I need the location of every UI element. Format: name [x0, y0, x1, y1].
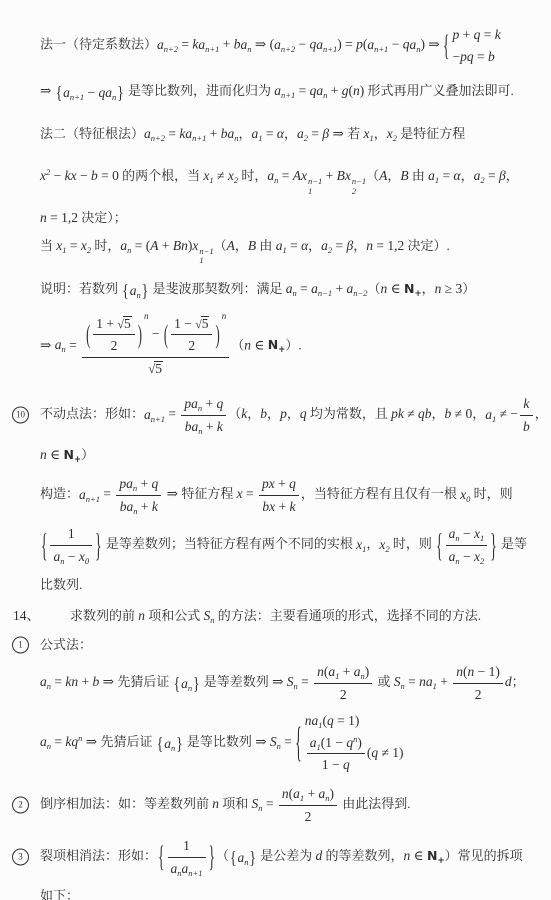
math-var: N+ [427, 848, 445, 863]
math-var: x1 [56, 238, 66, 253]
math-upright: + [138, 499, 152, 514]
math-upright: ⇒ ( [252, 37, 275, 52]
numerator: k [520, 394, 533, 416]
math-upright: ⇒ [99, 674, 117, 689]
math-upright: ) = [337, 37, 356, 52]
formula-line: {1an − x0} 是等差数列；当特征方程有两个不同的实根 x1，x2 时，则… [0, 524, 537, 566]
text-run: 时， [238, 168, 267, 183]
math-upright: ⇒ [40, 83, 55, 98]
math-upright: ∈ [251, 337, 268, 352]
math-var: a1 [328, 664, 339, 679]
denominator: √5 [82, 358, 229, 379]
math-var: an [449, 526, 460, 541]
text-run: 由 [409, 168, 429, 183]
math-var: n [40, 447, 47, 462]
text-run: 的等差数列， [322, 848, 403, 863]
math-var: Sn [270, 734, 281, 749]
math-upright: = [263, 796, 277, 811]
numerator: pan + q [116, 474, 161, 496]
math-upright: − [50, 168, 64, 183]
circled-number-marker: 3 [12, 849, 29, 866]
math-var: x0 [79, 549, 89, 564]
fenced-group: {an+1 − qan} [55, 82, 125, 103]
math-upright: ) [365, 664, 370, 679]
math-upright: ≠ [404, 407, 418, 422]
math-var: A [150, 238, 158, 253]
denominator: ban + k [181, 416, 226, 437]
text-run: 先猜后证 [100, 734, 155, 749]
text-run: 是等比数列 [184, 734, 256, 749]
math-upright: + [327, 83, 341, 98]
math-upright: = [67, 238, 81, 253]
formula-line: 3裂项相消法：形如：{1anan+1}（{an} 是公差为 d 的等差数列，n … [0, 836, 537, 878]
math-var: an [286, 281, 297, 296]
sub-sup-stack: n−11 [308, 177, 322, 196]
fraction: 1an − x0 [50, 524, 92, 566]
math-upright: + [159, 238, 173, 253]
fenced-group: (1 + √52)n [85, 314, 148, 356]
math-var: an+1 [198, 37, 219, 52]
math-upright: = [480, 27, 494, 42]
math-upright: 2 [340, 687, 347, 702]
text-run: ， [535, 407, 548, 422]
close-delimiter: } [141, 278, 149, 303]
text-run: 公式法： [40, 637, 92, 652]
math-upright: ≠ [214, 168, 228, 183]
math-var: g [342, 83, 349, 98]
math-upright: ⇒ [329, 126, 347, 141]
text-run: 由 [256, 238, 276, 253]
math-var: a2 [321, 238, 332, 253]
close-delimiter: } [94, 522, 102, 569]
math-upright: = [178, 37, 192, 52]
numerator: 1 − √5 [171, 314, 212, 336]
formula-line: ⇒ {an+1 − qan} 是等比数列，进而化归为 an+1 = qan + … [0, 81, 537, 102]
text-run: ， [284, 126, 297, 141]
math-var: an [191, 396, 202, 411]
text-run: 比数列. [40, 577, 82, 592]
math-var: an [55, 337, 66, 352]
text-run: 先猜后证 [117, 674, 172, 689]
math-upright: = [297, 281, 311, 296]
math-var: a1 [311, 713, 322, 728]
math-upright: = 1,2 [47, 210, 78, 225]
fraction: n(a1 + an)2 [314, 662, 372, 704]
fenced-group: {an} [229, 847, 257, 868]
math-var: Sn [394, 674, 405, 689]
cases-brace: { [295, 713, 301, 774]
group-exponent: n [144, 311, 149, 321]
open-delimiter: { [157, 836, 165, 879]
math-upright: + [304, 786, 318, 801]
item-number-marker: 14、 [13, 607, 40, 627]
math-upright: = [165, 126, 179, 141]
math-var: an [40, 674, 51, 689]
math-upright: − [460, 549, 474, 564]
math-var: an+1 [63, 85, 84, 100]
text-run: ， [461, 168, 474, 183]
fraction: kb [520, 394, 533, 436]
fraction: an − x1an − x2 [446, 524, 488, 566]
math-var: an+1 [316, 37, 337, 52]
math-var: N+ [268, 337, 286, 352]
text-run: 的两个根，当 [119, 168, 204, 183]
math-upright: 2 [111, 338, 118, 353]
math-upright: 2 [188, 338, 195, 353]
math-upright: = [243, 487, 257, 502]
math-upright: − [148, 326, 162, 341]
formula-line: n = 1,2 决定）； [0, 208, 537, 228]
text-run: ； [512, 674, 525, 689]
denominator: b [520, 416, 533, 437]
math-upright: = [295, 83, 309, 98]
fraction: n(a1 + an)2 [279, 784, 337, 826]
text-run: ， [267, 407, 280, 422]
open-delimiter: ( [85, 315, 91, 354]
denominator: anan+1 [168, 858, 206, 879]
text-run: ）. [285, 337, 301, 352]
text-run: ， [353, 238, 366, 253]
close-delimiter: } [489, 522, 497, 569]
cases-row: p + q = k [452, 24, 500, 46]
fraction: n(n − 1)2 [453, 662, 503, 704]
math-var: a2 [474, 168, 485, 183]
numerator: an − x1 [446, 524, 488, 546]
math-upright: + [322, 168, 336, 183]
text-run: 由此法得到. [339, 796, 411, 811]
fraction: 1anan+1 [168, 836, 206, 878]
math-var: k [289, 499, 295, 514]
math-var: an+1 [367, 37, 388, 52]
text-run: ， [472, 407, 485, 422]
numerator: 1 + √5 [93, 314, 134, 336]
math-upright: 2 [475, 687, 482, 702]
numerator: a1(1 − qn) [307, 733, 365, 755]
fraction: pan + qban + k [116, 474, 161, 516]
text-run: 若 [347, 126, 363, 141]
math-var: a1 [293, 786, 304, 801]
math-upright: = 0 [98, 168, 119, 183]
math-upright: 1 [183, 838, 190, 853]
math-var: b [234, 37, 241, 52]
math-upright: = [439, 168, 453, 183]
text-run: ，当特征方程有且仅有一根 [301, 487, 460, 502]
math-var: an+2 [274, 37, 295, 52]
math-var: an+1 [79, 487, 100, 502]
math-var: an [53, 549, 64, 564]
fenced-group: {an} [156, 733, 184, 754]
formula-line: 构造：an+1 = pan + qban + k ⇒ 特征方程 x = px +… [0, 474, 537, 516]
math-upright: = [298, 674, 312, 689]
math-upright: ⇒ [272, 674, 287, 689]
circled-number-marker: 1 [12, 637, 29, 654]
math-var: α [277, 126, 284, 141]
math-var: an [241, 37, 252, 52]
math-var: an−2 [347, 281, 368, 296]
math-var: xn−11 [192, 238, 213, 253]
text-run: 或 [374, 674, 394, 689]
math-var: x2 [40, 168, 50, 183]
math-var: an−1 [311, 281, 332, 296]
denominator: 2 [171, 335, 212, 356]
math-upright: = [51, 674, 65, 689]
text-run: 决定）. [404, 238, 450, 253]
math-var: an [181, 676, 192, 691]
square-root: √5 [195, 316, 209, 331]
math-var: an [126, 476, 137, 491]
math-var: b [425, 407, 432, 422]
math-var: an+1 [274, 83, 295, 98]
math-var: an [40, 734, 51, 749]
math-upright: ⇒ [255, 734, 270, 749]
numerator: 1 [168, 836, 206, 858]
text-run: 求数列的前 [70, 608, 138, 623]
math-var: p [356, 37, 363, 52]
math-var: a1 [252, 126, 263, 141]
denominator: an − x0 [50, 546, 92, 567]
fenced-group: {an − x1an − x2} [435, 524, 498, 566]
math-var: an [164, 736, 175, 751]
math-var: q [467, 49, 474, 64]
math-var: x1 [203, 168, 213, 183]
math-var: N+ [404, 281, 422, 296]
math-var: a1 [310, 735, 321, 750]
text-run: 是等比数列，进而化归为 [125, 83, 275, 98]
math-notes-content: 法一（待定系数法）an+2 = kan+1 + ban ⇒ (an+2 − qa… [0, 24, 537, 900]
open-delimiter: { [55, 80, 63, 105]
math-var: k [523, 396, 529, 411]
math-upright: = [100, 487, 114, 502]
math-upright: (1 − [321, 735, 347, 750]
math-upright: = [263, 126, 277, 141]
formula-line: 2倒序相加法：如：等差数列前 n 项和 Sn = n(a1 + an)2 由此法… [0, 784, 537, 826]
math-var: a1 [276, 238, 287, 253]
math-var: an [267, 168, 278, 183]
math-var: x1 [363, 126, 373, 141]
math-upright: ∈ [47, 447, 64, 462]
fenced-group: {1anan+1} [157, 836, 216, 878]
math-upright: ⇒ [40, 337, 55, 352]
math-var: q [327, 713, 334, 728]
formula-line: 法一（待定系数法）an+2 = kan+1 + ban ⇒ (an+2 − qa… [0, 24, 537, 67]
math-upright: + [459, 27, 473, 42]
math-upright: = [278, 168, 292, 183]
math-upright: + [275, 499, 289, 514]
text-run: ， [239, 126, 252, 141]
close-delimiter: } [248, 845, 256, 870]
math-var: an [105, 85, 116, 100]
math-upright: = [405, 674, 419, 689]
numerator: (1 + √52)n − (1 − √52)n [82, 314, 229, 358]
text-run: 构造： [40, 487, 79, 502]
denominator: 1 − q [307, 754, 365, 775]
math-var: n [181, 238, 188, 253]
math-upright: ) [330, 786, 335, 801]
text-run: 法一（待定系数法） [40, 37, 157, 52]
math-upright: = [308, 126, 322, 141]
math-var: b [120, 499, 127, 514]
math-upright: ≠ 1) [378, 745, 403, 760]
math-var: n [244, 337, 251, 352]
math-var: an [316, 83, 327, 98]
math-var: q [343, 757, 350, 772]
text-run: 是等差数列；当特征方程有两个不同的实根 [103, 537, 357, 552]
math-var: p [280, 407, 287, 422]
numerator: 1 [50, 524, 92, 546]
math-upright: 1 + [96, 316, 117, 331]
open-delimiter: { [229, 845, 237, 870]
math-upright: 1 [68, 526, 75, 541]
denominator: 2 [279, 806, 337, 827]
text-run: 是特征方程 [397, 126, 465, 141]
math-upright: + [219, 37, 233, 52]
math-var: an [409, 37, 420, 52]
denominator: 2 [314, 684, 372, 705]
fraction: pan + qban + k [181, 394, 226, 436]
math-var: x2 [379, 537, 389, 552]
math-var: an [130, 283, 141, 298]
open-delimiter: { [156, 731, 164, 756]
math-var: an+1 [182, 861, 203, 876]
math-var: x1 [356, 537, 366, 552]
text-run: 是斐波那契数列：满足 [149, 281, 286, 296]
close-delimiter: } [175, 731, 183, 756]
math-var: an [127, 499, 138, 514]
formula-line: an = kn + b ⇒ 先猜后证 {an} 是等差数列 ⇒ Sn = n(a… [0, 662, 537, 704]
fraction: (1 + √52)n − (1 − √52)n√5 [82, 314, 229, 379]
math-var: x2 [387, 126, 397, 141]
text-run: 特征方程 [181, 487, 236, 502]
math-upright: + [203, 419, 217, 434]
math-var: p [460, 49, 467, 64]
math-upright: − [452, 49, 460, 64]
math-var: xn−12 [345, 168, 366, 183]
text-run: 时，则 [390, 537, 436, 552]
close-delimiter: ) [137, 315, 143, 354]
math-var: n [40, 210, 47, 225]
numerator: pan + q [181, 394, 226, 416]
math-upright: 5 [155, 361, 162, 376]
math-upright: + [339, 664, 353, 679]
fenced-group: {an} [173, 673, 201, 694]
math-var: n [138, 608, 145, 623]
math-var: q [300, 407, 307, 422]
math-upright: − [64, 549, 78, 564]
math-var: d [505, 674, 512, 689]
fraction: a1(1 − qn)1 − q [307, 733, 365, 775]
math-upright: = [165, 407, 179, 422]
text-run: （ [228, 407, 241, 422]
math-upright: − 1) [474, 664, 500, 679]
math-upright: − [460, 526, 474, 541]
math-var: a1 [485, 407, 496, 422]
math-var: n [317, 664, 324, 679]
text-run: ， [366, 537, 379, 552]
cases-group: {p + q = k−pq = b [443, 24, 501, 67]
math-var: B [248, 238, 256, 253]
denominator: bx + k [259, 496, 299, 517]
math-var: an [354, 664, 365, 679]
math-upright: = [66, 337, 80, 352]
math-var: B [337, 168, 345, 183]
numerator: n(n − 1) [453, 662, 503, 684]
cases-group: {na1(q = 1)a1(1 − qn)1 − q(q ≠ 1) [295, 710, 403, 776]
formula-line: ⇒ an = (1 + √52)n − (1 − √52)n√5（n ∈ N+）… [0, 314, 537, 379]
square-root: √5 [148, 361, 163, 376]
text-run: ） [462, 281, 475, 296]
math-upright: 1 − [322, 757, 343, 772]
close-delimiter: } [192, 671, 200, 696]
math-var: an [171, 861, 182, 876]
open-delimiter: { [121, 278, 129, 303]
math-upright: 5 [202, 316, 209, 331]
text-run: （ [231, 337, 244, 352]
radical-sign: √ [195, 317, 201, 331]
open-delimiter: { [173, 671, 181, 696]
formula-line: 14、求数列的前 n 项和公式 Sn 的方法：主要看通项的形式，选择不同的方法. [0, 606, 537, 626]
math-var: q [217, 396, 224, 411]
text-run: （ [368, 281, 381, 296]
fraction: 1 + √52 [93, 314, 134, 356]
math-var: n [212, 796, 219, 811]
math-var: b [91, 168, 98, 183]
math-var: an [228, 126, 239, 141]
math-var: q [152, 476, 159, 491]
math-var: an [237, 850, 248, 865]
formula-line: an = kqn ⇒ 先猜后证 {an} 是等比数列 ⇒ Sn = {na1(q… [0, 710, 537, 776]
math-var: a1 [426, 674, 437, 689]
math-var: x2 [474, 549, 484, 564]
text-run: ， [422, 281, 435, 296]
text-run: ， [287, 407, 300, 422]
math-var: β [499, 168, 506, 183]
math-var: b [221, 126, 228, 141]
math-var: q [418, 407, 425, 422]
math-var: n [456, 664, 463, 679]
math-var: Sn [252, 796, 263, 811]
fenced-group: {1an − x0} [40, 524, 103, 566]
text-run: 均为常数，且 [307, 407, 392, 422]
math-var: an+2 [157, 37, 178, 52]
math-upright: = [281, 734, 295, 749]
math-var: a2 [297, 126, 308, 141]
math-var: α [454, 168, 461, 183]
text-run: 项和公式 [145, 608, 204, 623]
math-var: an+2 [144, 126, 165, 141]
cases-row: −pq = b [452, 46, 500, 68]
numerator: n(a1 + an) [314, 662, 372, 684]
math-var: an+1 [144, 407, 165, 422]
sub-sup-stack: n−12 [352, 177, 366, 196]
math-upright: = [287, 238, 301, 253]
text-run: 形式再用广义叠加法即可. [364, 83, 514, 98]
math-var: qn [346, 735, 357, 750]
math-upright: − [388, 37, 402, 52]
text-run: 时，则 [470, 487, 512, 502]
math-upright: ≠ − [496, 407, 518, 422]
circled-number-marker: 10 [12, 407, 29, 424]
math-var: Sn [204, 608, 215, 623]
text-run: 项和 [219, 796, 252, 811]
math-upright: = [332, 238, 346, 253]
math-var: n [353, 83, 360, 98]
text-run: ， [247, 407, 260, 422]
text-run: ， [387, 168, 400, 183]
text-run: 当 [40, 238, 56, 253]
fenced-group: {an} [121, 280, 149, 301]
math-var: k [217, 419, 223, 434]
math-upright: 1 − [174, 316, 195, 331]
